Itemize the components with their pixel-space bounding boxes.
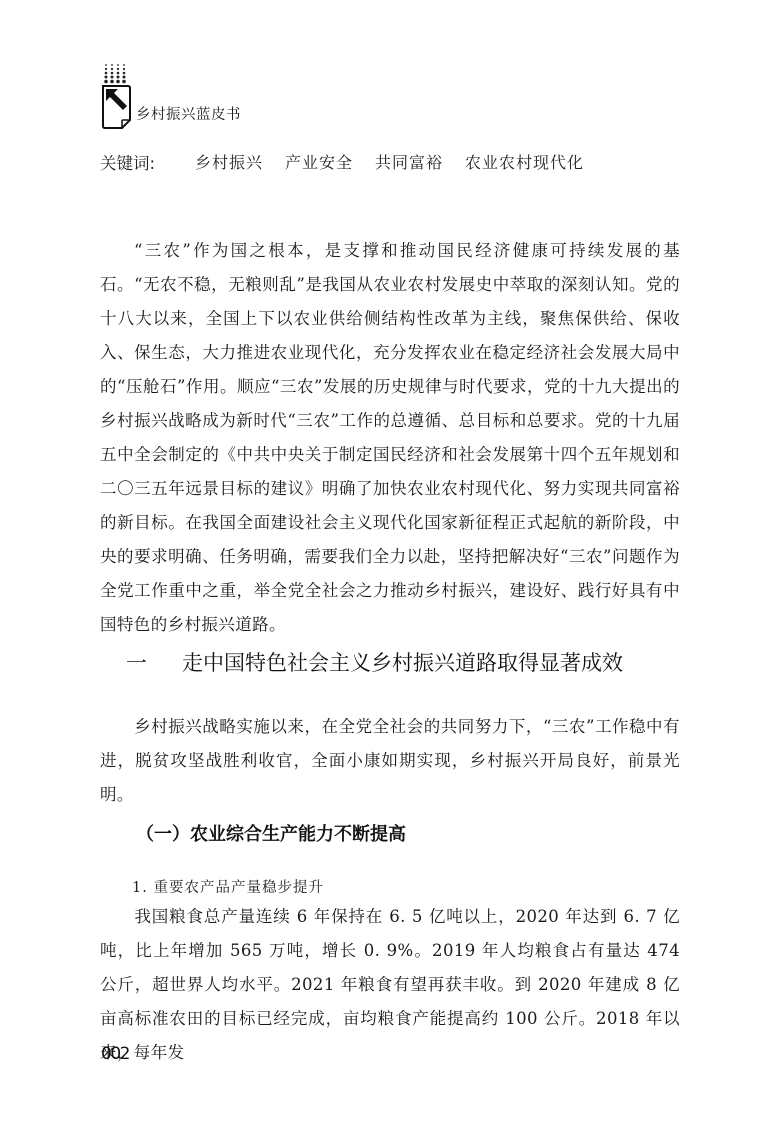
section-title: 走中国特色社会主义乡村振兴道路取得显著成效 — [182, 651, 623, 675]
section-paragraph: 乡村振兴战略实施以来，在全党全社会的共同努力下，“三农”工作稳中有进，脱贫攻坚战… — [100, 710, 680, 812]
keywords-line: 关键词: 乡村振兴 产业安全 共同富裕 农业农村现代化 — [100, 150, 606, 174]
keyword: 乡村振兴 — [195, 150, 263, 174]
item-paragraph: 我国粮食总产量连续 6 年保持在 6. 5 亿吨以上，2020 年达到 6. 7… — [100, 900, 680, 1070]
section-heading: 一走中国特色社会主义乡村振兴道路取得显著成效 — [126, 647, 623, 677]
book-arrow-icon — [100, 62, 140, 130]
subsection-heading: （一）农业综合生产能力不断提高 — [136, 820, 406, 846]
keywords-label: 关键词: — [100, 150, 195, 174]
intro-paragraph: “三农”作为国之根本，是支撑和推动国民经济健康可持续发展的基石。“无农不稳，无粮… — [100, 234, 680, 642]
page-number: 002 — [101, 1044, 129, 1064]
book-title: 乡村振兴蓝皮书 — [136, 103, 241, 124]
intro-paragraph-text: “三农”作为国之根本，是支撑和推动国民经济健康可持续发展的基石。“无农不稳，无粮… — [100, 241, 680, 634]
section-number: 一 — [126, 647, 182, 677]
item-heading: 1. 重要农产品产量稳步提升 — [132, 876, 324, 897]
running-header: 乡村振兴蓝皮书 — [100, 62, 400, 132]
item-paragraph-text: 我国粮食总产量连续 6 年保持在 6. 5 亿吨以上，2020 年达到 6. 7… — [100, 907, 680, 1062]
keyword: 农业农村现代化 — [465, 150, 584, 174]
keyword: 共同富裕 — [375, 150, 443, 174]
section-paragraph-text: 乡村振兴战略实施以来，在全党全社会的共同努力下，“三农”工作稳中有进，脱贫攻坚战… — [100, 717, 680, 804]
keyword: 产业安全 — [285, 150, 353, 174]
